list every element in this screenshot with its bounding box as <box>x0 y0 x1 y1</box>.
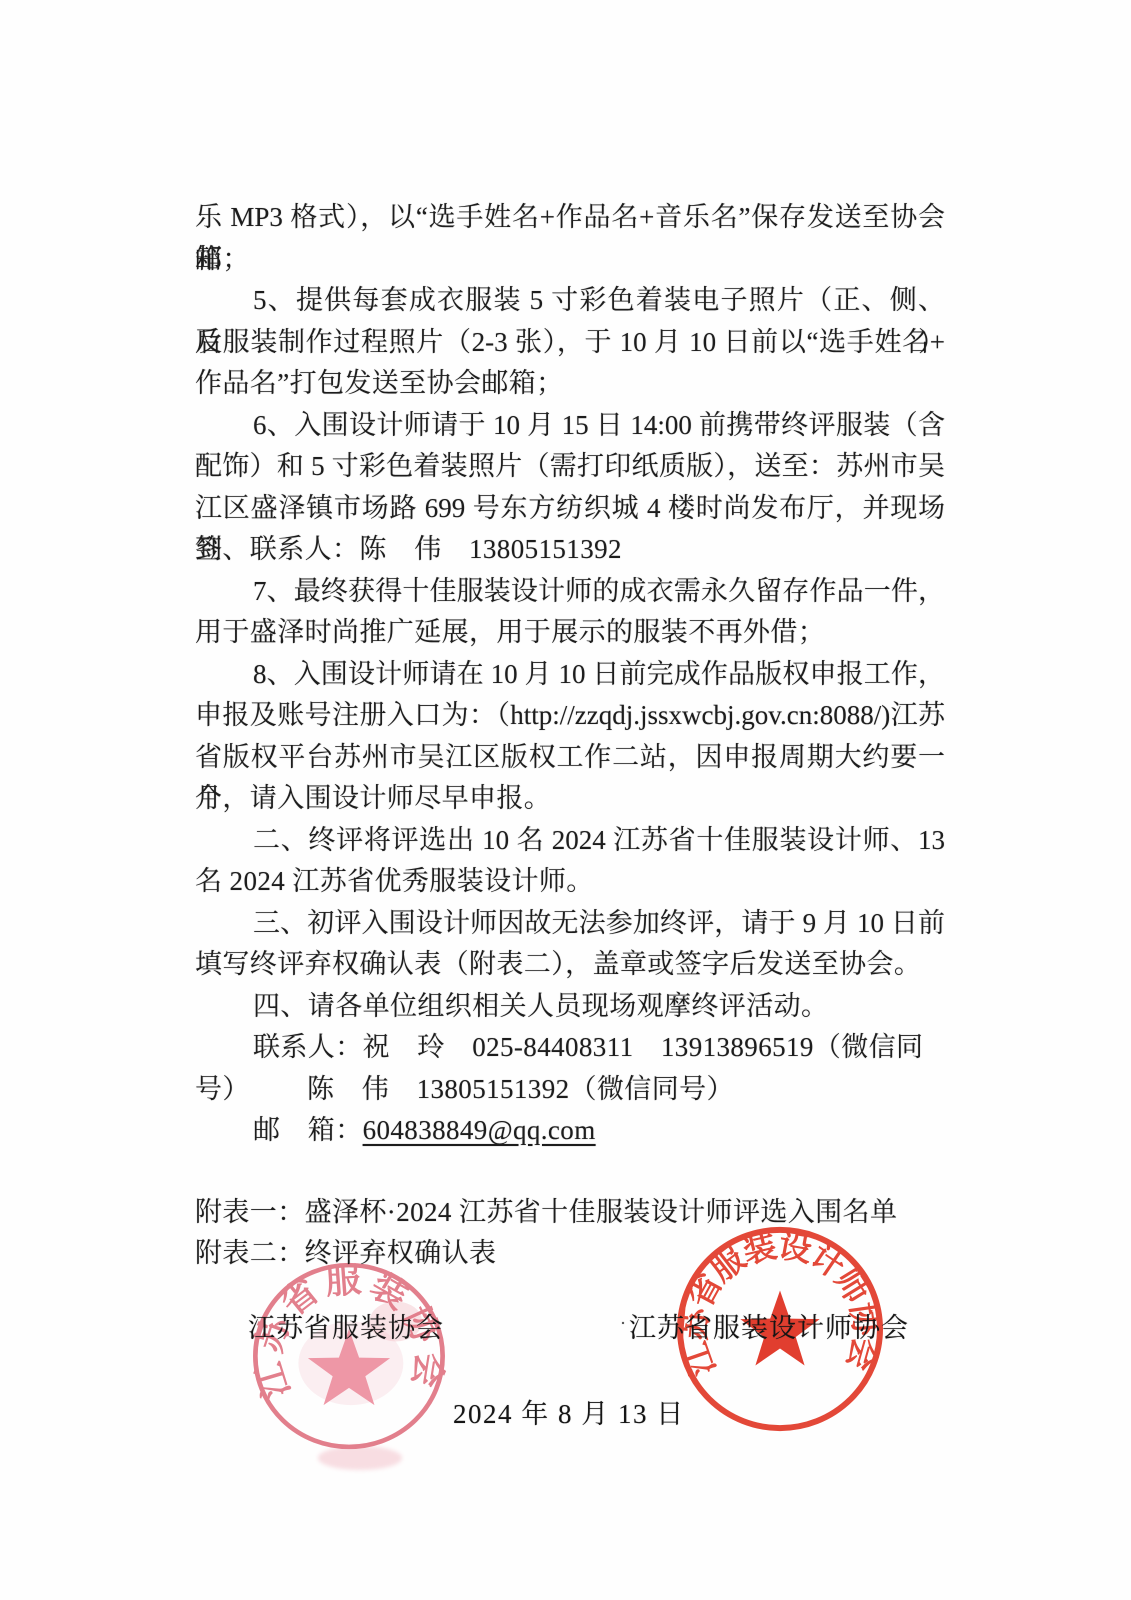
date-line: 2024 年 8 月 13 日 <box>453 1392 685 1431</box>
ink-smudge <box>318 1446 402 1470</box>
email-label: 邮 箱： <box>253 1115 363 1145</box>
body-line: 6、入围设计师请于 10 月 15 日 14:00 前携带终评服装（含 <box>195 405 945 447</box>
body-line: 月，请入围设计师尽早申报。 <box>195 778 945 820</box>
gap <box>195 1152 945 1192</box>
email-line: 邮 箱：604838849@qq.com <box>195 1110 945 1152</box>
body-line: 5、提供每套成衣服装 5 寸彩色着装电子照片（正、侧、后） <box>195 280 945 322</box>
body-line: 及服装制作过程照片（2-3 张），于 10 月 10 日前以“选手姓名+ <box>195 322 945 364</box>
body-line: 7、最终获得十佳服装设计师的成衣需永久留存作品一件， <box>195 571 945 613</box>
body-line: 二、终评将评选出 10 名 2024 江苏省十佳服装设计师、13 <box>195 820 945 862</box>
body-line: 配饰）和 5 寸彩色着装照片（需打印纸质版），送至：苏州市吴 <box>195 446 945 488</box>
signature-right-text: 江苏省服装设计师协会 <box>629 1313 909 1343</box>
body-line: 江区盛泽镇市场路 699 号东方纺织城 4 楼时尚发布厅，并现场签 <box>195 488 945 530</box>
body-line: 三、初评入围设计师因故无法参加终评，请于 9 月 10 日前 <box>195 903 945 945</box>
contact-line: 联系人：祝 玲 025-84408311 13913896519（微信同号） <box>195 1027 945 1069</box>
signature-right: ·江苏省服装设计师协会 <box>620 1306 909 1345</box>
email-address: 604838849@qq.com <box>363 1115 596 1145</box>
signature-mark: · <box>620 1313 626 1333</box>
body-line: 8、入围设计师请在 10 月 10 日前完成作品版权申报工作， <box>195 654 945 696</box>
body-line: 用于盛泽时尚推广延展，用于展示的服装不再外借； <box>195 612 945 654</box>
body-line: 名 2024 江苏省优秀服装设计师。 <box>195 861 945 903</box>
contact-line: 陈 伟 13805151392（微信同号） <box>195 1069 945 1111</box>
body-line: 箱； <box>195 239 945 281</box>
body-line: 乐 MP3 格式），以“选手姓名+作品名+音乐名”保存发送至协会邮 <box>195 197 945 239</box>
document-page: 乐 MP3 格式），以“选手姓名+作品名+音乐名”保存发送至协会邮 箱； 5、提… <box>0 0 1131 1600</box>
signature-left: 江苏省服装协会 <box>248 1306 444 1345</box>
body-line: 省版权平台苏州市吴江区版权工作二站，因申报周期大约要一个 <box>195 737 945 779</box>
seal-left: 江苏省服装协会 <box>246 1256 452 1456</box>
body-line: 申报及账号注册入口为：（http://zzqdj.jssxwcbj.gov.cn… <box>195 695 945 737</box>
body-line: 到、联系人：陈 伟 13805151392 <box>195 529 945 571</box>
body-line: 四、请各单位组织相关人员现场观摩终评活动。 <box>195 986 945 1028</box>
document-body: 乐 MP3 格式），以“选手姓名+作品名+音乐名”保存发送至协会邮 箱； 5、提… <box>195 197 945 1275</box>
body-line: 填写终评弃权确认表（附表二），盖章或签字后发送至协会。 <box>195 944 945 986</box>
body-line: 作品名”打包发送至协会邮箱； <box>195 363 945 405</box>
